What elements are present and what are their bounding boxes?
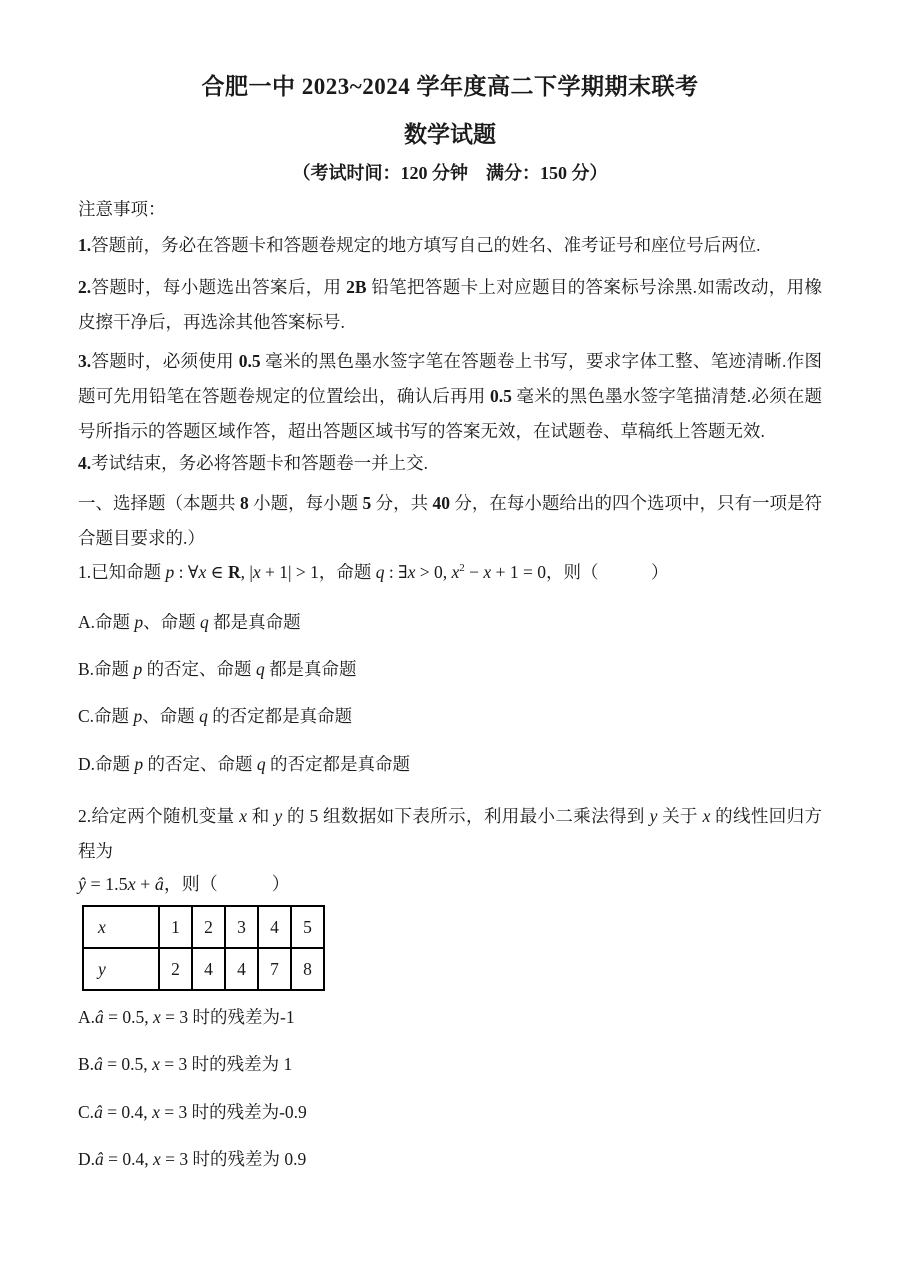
notice-item-2: 2.答题时，每小题选出答案后，用 2B 铅笔把答题卡上对应题目的答案标号涂黑.如…: [78, 270, 822, 340]
row-label-x: x: [83, 906, 159, 948]
exam-paper-page: 合肥一中 2023~2024 学年度高二下学期期末联考 数学试题 （考试时间：1…: [0, 0, 900, 1273]
table-cell-x1: 1: [159, 906, 192, 948]
table-cell-x4: 4: [258, 906, 291, 948]
question-2-stem: 2.给定两个随机变量 x 和 y 的 5 组数据如下表所示，利用最小二乘法得到 …: [78, 799, 822, 869]
table-cell-y5: 8: [291, 948, 324, 990]
section-1-heading: 一、选择题（本题共 8 小题，每小题 5 分，共 40 分，在每小题给出的四个选…: [78, 486, 822, 556]
question-2-data-table: x 1 2 3 4 5 y 2 4 4 7 8: [82, 905, 325, 991]
question-2-option-a: A.â = 0.5, x = 3 时的残差为-1: [78, 1005, 822, 1030]
exam-title: 合肥一中 2023~2024 学年度高二下学期期末联考: [78, 72, 822, 102]
question-1-option-c: C.命题 p、命题 q 的否定都是真命题: [78, 704, 822, 729]
question-2-option-b: B.â = 0.5, x = 3 时的残差为 1: [78, 1052, 822, 1077]
table-cell-x5: 5: [291, 906, 324, 948]
table-row-x: x 1 2 3 4 5: [83, 906, 324, 948]
notice-item-3: 3.答题时，必须使用 0.5 毫米的黑色墨水签字笔在答题卷上书写，要求字体工整、…: [78, 344, 822, 449]
notice-item-1: 1.答题前，务必在答题卡和答题卷规定的地方填写自己的姓名、准考证号和座位号后两位…: [78, 233, 822, 258]
table-cell-y2: 4: [192, 948, 225, 990]
question-1-stem: 1.已知命题 p : ∀x ∈ R, |x + 1| > 1，命题 q : ∃x…: [78, 560, 822, 585]
row-label-y: y: [83, 948, 159, 990]
question-1-option-a: A.命题 p、命题 q 都是真命题: [78, 610, 822, 635]
table-row-y: y 2 4 4 7 8: [83, 948, 324, 990]
exam-info-line: （考试时间：120 分钟 满分：150 分）: [78, 162, 822, 185]
table-cell-y3: 4: [225, 948, 258, 990]
notice-heading: 注意事项：: [78, 197, 822, 222]
question-1-option-b: B.命题 p 的否定、命题 q 都是真命题: [78, 657, 822, 682]
question-2-option-d: D.â = 0.4, x = 3 时的残差为 0.9: [78, 1147, 822, 1172]
question-2-option-c: C.â = 0.4, x = 3 时的残差为-0.9: [78, 1100, 822, 1125]
question-1-option-d: D.命题 p 的否定、命题 q 的否定都是真命题: [78, 752, 822, 777]
table-cell-x3: 3: [225, 906, 258, 948]
exam-subject-title: 数学试题: [78, 120, 822, 150]
table-cell-x2: 2: [192, 906, 225, 948]
notice-item-4: 4.考试结束，务必将答题卡和答题卷一并上交.: [78, 451, 822, 476]
table-cell-y1: 2: [159, 948, 192, 990]
table-cell-y4: 7: [258, 948, 291, 990]
question-2-equation: ŷ = 1.5x + â，则（ ）: [78, 871, 822, 899]
